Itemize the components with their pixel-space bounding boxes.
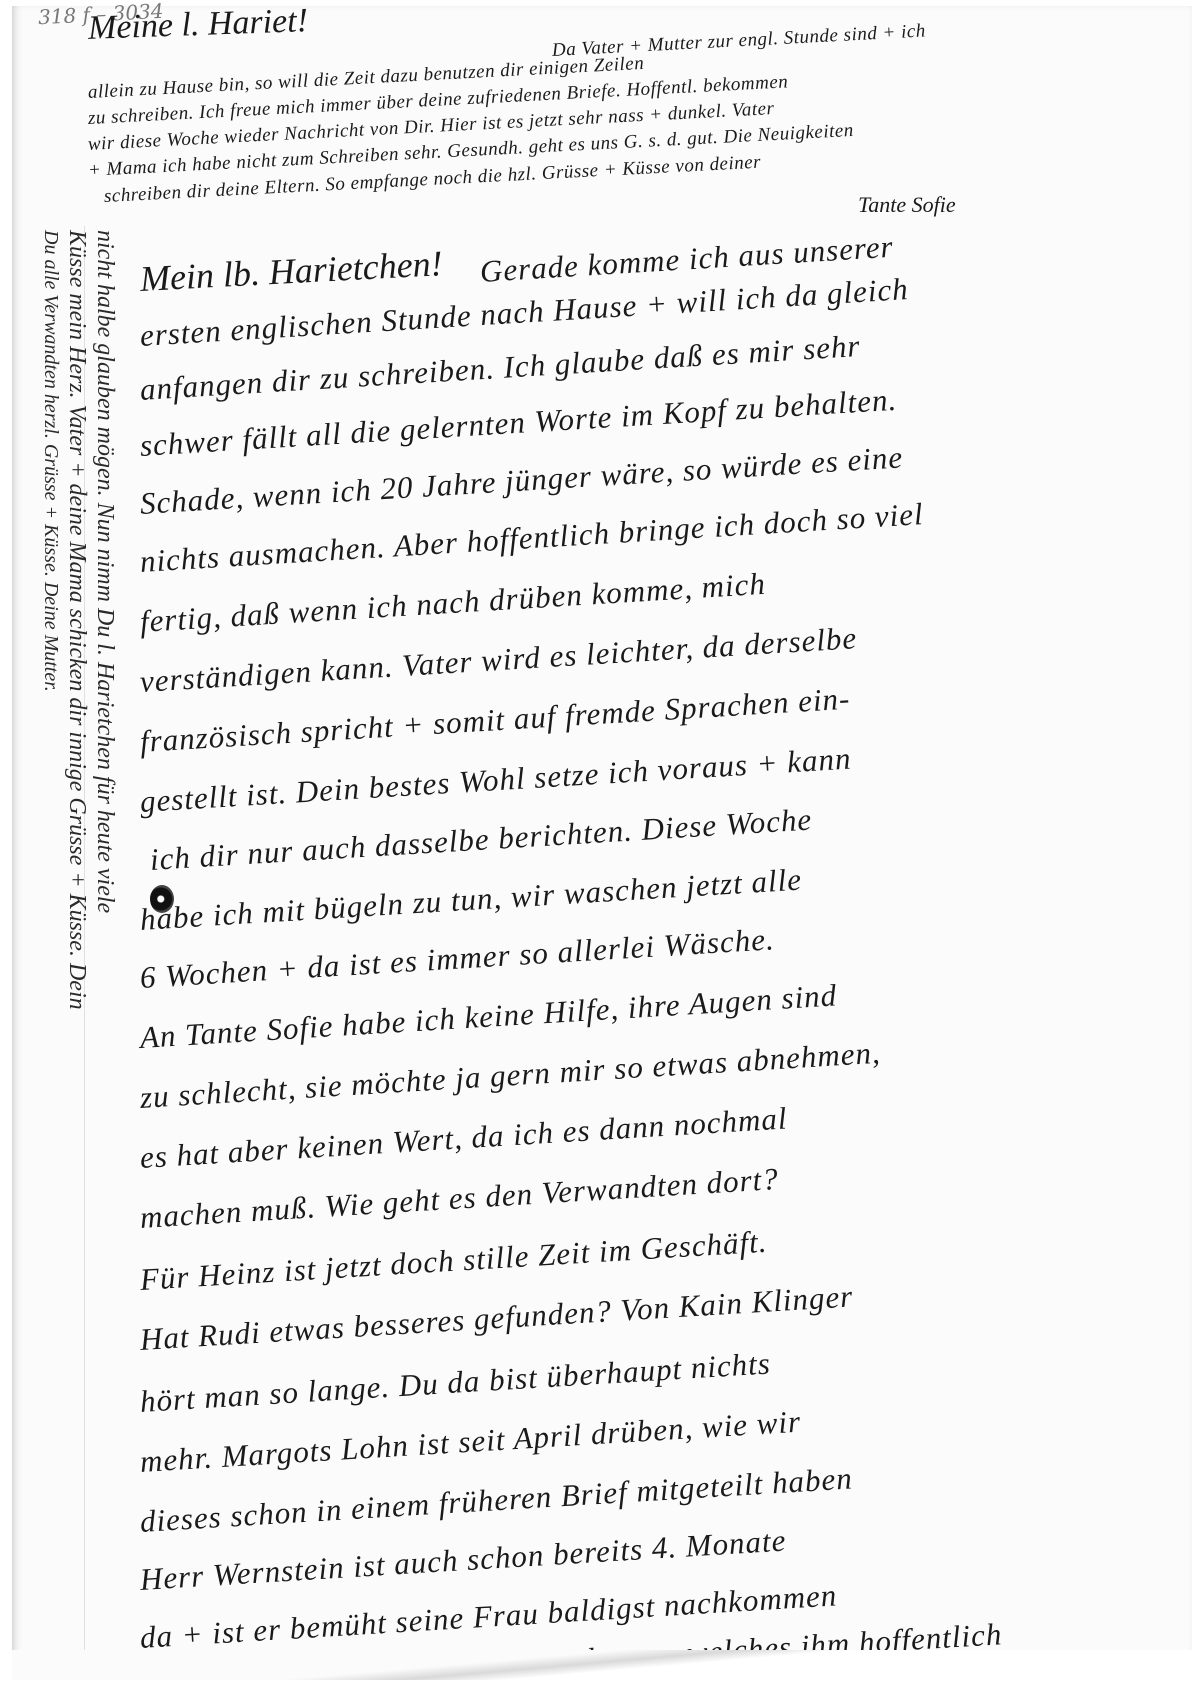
margin-note: nicht halbe glauben mögen. Nun nimm Du l…: [20, 230, 130, 1630]
margin-note-line: Du alle Verwandten herzl. Grüsse + Küsse…: [39, 230, 62, 692]
postscript-signature: Tante Sofie: [858, 192, 956, 218]
margin-note-line: nicht halbe glauben mögen. Nun nimm Du l…: [91, 230, 118, 913]
torn-bottom-edge: [12, 1650, 1192, 1680]
margin-note-line: Küsse mein Herz. Vater + deine Mama schi…: [63, 230, 90, 1010]
postscript-salutation: Meine l. Hariet!: [87, 2, 308, 48]
ink-blot: [150, 885, 174, 913]
